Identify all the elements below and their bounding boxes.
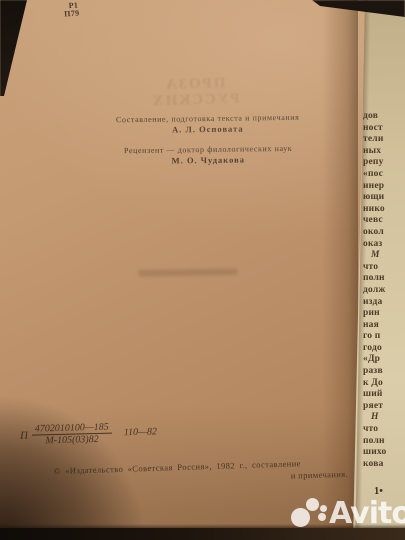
right-page-text-column: довносттелиныхрепу«посинерющиникочевсоко… (363, 111, 405, 470)
book-page-photo: Р1 П79 ПРОЗА РУССКИХ Составление, подгот… (0, 0, 405, 540)
right-page-line: ност (363, 123, 405, 135)
right-page-line: полн (363, 273, 405, 285)
right-page-line: инер (363, 181, 405, 193)
avito-logo-circle-small-top (320, 505, 327, 512)
book-gutter-shadow (322, 0, 358, 540)
right-page-line: М (363, 250, 405, 262)
imprint-block: Составление, подготовка текста и примеча… (88, 112, 329, 166)
right-page-line: годо (363, 343, 405, 355)
right-page-line: ющи (363, 192, 405, 204)
right-page-line: репу (363, 157, 405, 169)
right-page-line: Н (363, 412, 405, 424)
right-page-line: ная (363, 320, 405, 332)
right-page-line: изда (363, 297, 405, 309)
classification-code-line2: П79 (64, 9, 80, 18)
right-page-line: что (363, 424, 405, 436)
avito-logo-icon (289, 495, 328, 532)
avito-logo-circle-small-bottom (318, 513, 326, 521)
catalog-prefix: П (20, 429, 28, 441)
right-page-line: шихо (363, 447, 405, 459)
right-page-line: окол (363, 227, 405, 239)
right-page-line: «пос (363, 169, 405, 181)
catalog-denominator: М-105(03)82 (32, 434, 112, 447)
avito-logo-circle-large (291, 508, 310, 527)
right-page-line: рин (363, 308, 405, 320)
avito-watermark-label: Avito (329, 499, 405, 529)
right-page-line: дов (363, 111, 405, 123)
library-classification-stamp: Р1 П79 (63, 1, 79, 18)
catalog-order-number: 110—82 (124, 426, 157, 438)
right-page-line: ных (363, 146, 405, 158)
right-page-line: долж (363, 285, 405, 297)
right-page-line: к До (363, 378, 405, 390)
right-page-line: ший (363, 389, 405, 401)
right-page-line: полн (363, 436, 405, 448)
show-through-title: ПРОЗА РУССКИХ (120, 74, 271, 110)
right-page-line: нико (363, 204, 405, 216)
right-page-line: оказ (363, 239, 405, 251)
catalog-index-formula: П 4702010100—185 М-105(03)82 110—82 (20, 420, 158, 447)
avito-watermark: Avito (289, 495, 405, 532)
show-through-artist-line (138, 268, 238, 277)
right-page-line: кова (363, 459, 405, 471)
right-page-line: «Др (363, 354, 405, 366)
right-page-line: что (363, 262, 405, 274)
show-through-title-line2: РУССКИХ (120, 90, 270, 110)
right-page-line: чевс (363, 215, 405, 227)
catalog-fraction: 4702010100—185 М-105(03)82 (32, 422, 112, 447)
right-page-line: разв (363, 366, 405, 378)
right-page-line: ряет (363, 401, 405, 413)
avito-logo-circle-medium (306, 498, 319, 511)
copyright-block: © «Издательство «Советская Россия», 1982… (54, 457, 355, 488)
right-page-line: го п (363, 331, 405, 343)
right-page-line: тели (363, 134, 405, 146)
